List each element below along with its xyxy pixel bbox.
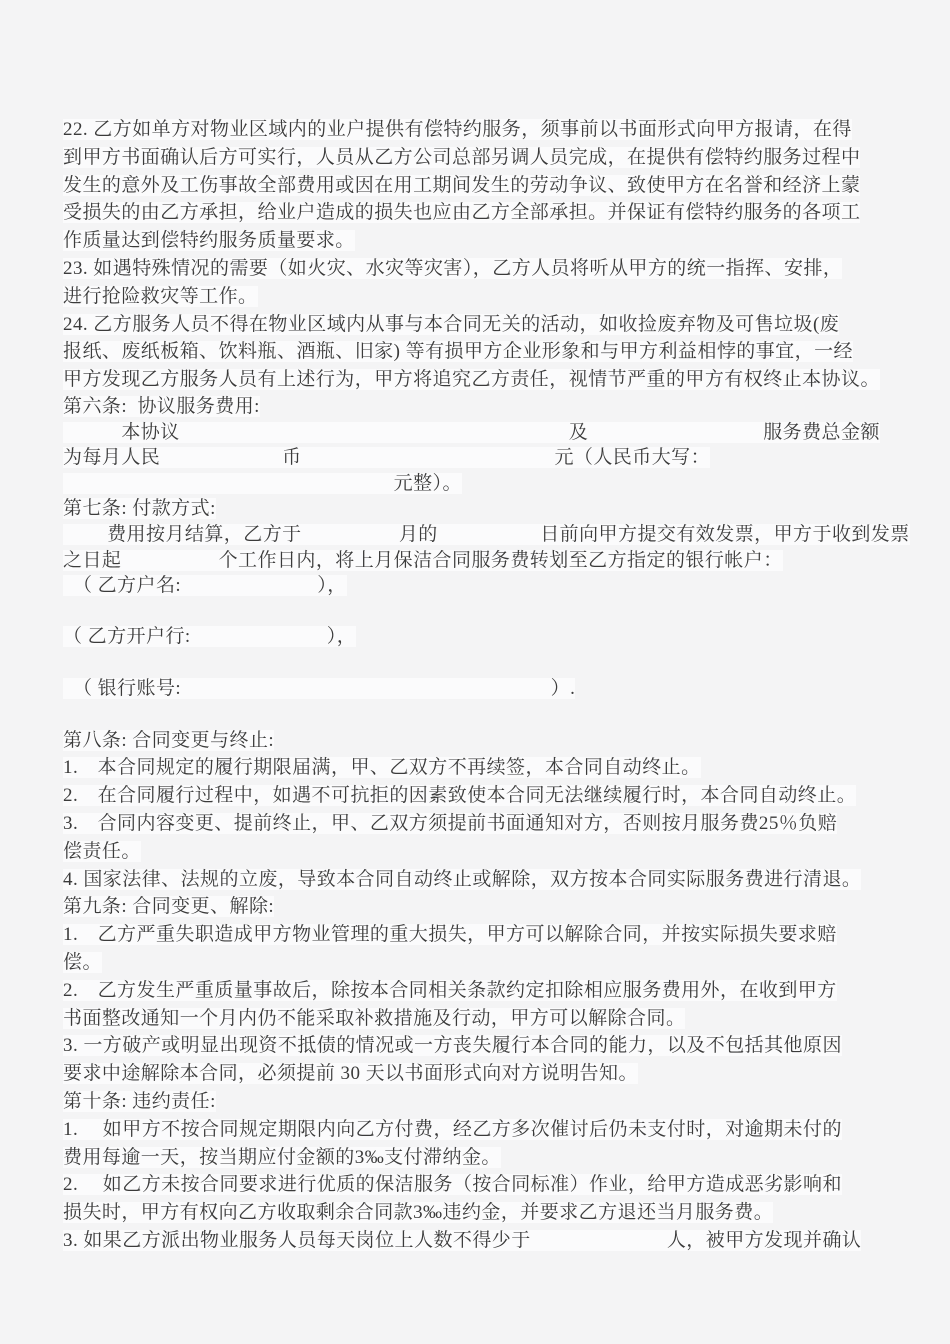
line-text: 2. 在合同履行过程中，如遇不可抗拒的因素致使本合同无法继续履行时，本合同自动终… xyxy=(63,785,856,806)
line-text: 1. 乙方严重失职造成甲方物业管理的重大损失，甲方可以解除合同，并按实际损失要求… xyxy=(63,924,837,945)
line-text: 甲方发现乙方服务人员有上述行为，甲方将追究乙方责任，视情节严重的甲方有权终止本协… xyxy=(63,369,880,390)
line-text: 为每月人民 币 元（人民币大写： xyxy=(63,447,710,468)
line-text: 发生的意外及工伤事故全部费用或因在用工期间发生的劳动争议、致使甲方在名誉和经济上… xyxy=(63,175,860,196)
text-line: 发生的意外及工伤事故全部费用或因在用工期间发生的劳动争议、致使甲方在名誉和经济上… xyxy=(63,172,914,200)
text-line: 报纸、废纸板箱、饮料瓶、酒瓶、旧家) 等有损甲方企业形象和与甲方利益相悖的事宜，… xyxy=(63,338,914,366)
text-line: （ 乙方户名: ）， xyxy=(63,573,914,599)
text-line: 2. 如乙方未按合同要求进行优质的保洁服务（按合同标准）作业，给甲方造成恶劣影响… xyxy=(63,1171,914,1199)
text-line: 23. 如遇特殊情况的需要（如火灾、水灾等灾害），乙方人员将听从甲方的统一指挥、… xyxy=(63,255,914,283)
line-text: 报纸、废纸板箱、饮料瓶、酒瓶、旧家) 等有损甲方企业形象和与甲方利益相悖的事宜，… xyxy=(63,341,853,362)
text-line: 1. 乙方严重失职造成甲方物业管理的重大损失，甲方可以解除合同，并按实际损失要求… xyxy=(63,921,914,949)
line-text: 作质量达到偿特约服务质量要求。 xyxy=(63,230,355,251)
text-line: 到甲方书面确认后方可实行，人员从乙方公司总部另调人员完成，在提供有偿特约服务过程… xyxy=(63,144,914,172)
line-text: 受损失的由乙方承担，给业户造成的损失也应由乙方全部承担。并保证有偿特约服务的各项… xyxy=(63,202,860,223)
blank-line xyxy=(63,599,914,625)
line-text: 损失时，甲方有权向乙方收取剩余合同款3‰违约金，并要求乙方退还当月服务费。 xyxy=(63,1202,773,1223)
line-text: 3. 合同内容变更、提前终止，甲、乙双方须提前书面通知对方，否则按月服务费25％… xyxy=(63,813,837,834)
line-text: 第八条: 合同变更与终止: xyxy=(63,730,274,751)
text-line: （ 银行账号: ）. xyxy=(63,676,914,702)
line-text: 费用按月结算，乙方于 月的 日前向甲方提交有效发票，甲方于收到发票 xyxy=(63,524,910,545)
text-line: 偿责任。 xyxy=(63,838,914,866)
text-line: 2. 乙方发生严重质量事故后，除按本合同相关条款约定扣除相应服务费用外，在收到甲… xyxy=(63,977,914,1005)
line-text: （ 乙方开户行: ）， xyxy=(63,626,356,647)
text-line: 2. 在合同履行过程中，如遇不可抗拒的因素致使本合同无法继续履行时，本合同自动终… xyxy=(63,782,914,810)
line-text: 元整）。 xyxy=(63,473,462,494)
line-text: 第六条: 协议服务费用: xyxy=(63,396,260,417)
document-body: 22. 乙方如单方对物业区域内的业户提供有偿特约服务，须事前以书面形式向甲方报请… xyxy=(63,116,914,1255)
line-text: 偿。 xyxy=(63,952,102,973)
text-line: 第十条: 违约责任: xyxy=(63,1088,914,1116)
text-line: 3. 一方破产或明显出现资不抵债的情况或一方丧失履行本合同的能力，以及不包括其他… xyxy=(63,1032,914,1060)
text-line: 甲方发现乙方服务人员有上述行为，甲方将追究乙方责任，视情节严重的甲方有权终止本协… xyxy=(63,366,914,394)
text-line: 3. 合同内容变更、提前终止，甲、乙双方须提前书面通知对方，否则按月服务费25％… xyxy=(63,810,914,838)
line-text: 3. 如果乙方派出物业服务人员每天岗位上人数不得少于 人，被甲方发现并确认 xyxy=(63,1230,861,1251)
contract-page: 22. 乙方如单方对物业区域内的业户提供有偿特约服务，须事前以书面形式向甲方报请… xyxy=(0,0,950,1344)
line-text: 22. 乙方如单方对物业区域内的业户提供有偿特约服务，须事前以书面形式向甲方报请… xyxy=(63,119,852,140)
line-text: 1. 本合同规定的履行期限届满，甲、乙双方不再续签，本合同自动终止。 xyxy=(63,757,701,778)
line-text: 2. 如乙方未按合同要求进行优质的保洁服务（按合同标准）作业，给甲方造成恶劣影响… xyxy=(63,1174,842,1195)
text-line: 4. 国家法律、法规的立废，导致本合同自动终止或解除，双方按本合同实际服务费进行… xyxy=(63,866,914,894)
text-line: 第六条: 协议服务费用: xyxy=(63,394,914,420)
text-line: 受损失的由乙方承担，给业户造成的损失也应由乙方全部承担。并保证有偿特约服务的各项… xyxy=(63,199,914,227)
text-line: 损失时，甲方有权向乙方收取剩余合同款3‰违约金，并要求乙方退还当月服务费。 xyxy=(63,1199,914,1227)
line-text: 23. 如遇特殊情况的需要（如火灾、水灾等灾害），乙方人员将听从甲方的统一指挥、… xyxy=(63,258,842,279)
text-line: 本协议 及 服务费总金额 xyxy=(63,420,914,446)
line-text: 3. 一方破产或明显出现资不抵债的情况或一方丧失履行本合同的能力，以及不包括其他… xyxy=(63,1035,842,1056)
blank-line xyxy=(63,701,914,727)
text-line: 费用按月结算，乙方于 月的 日前向甲方提交有效发票，甲方于收到发票 xyxy=(63,522,914,548)
text-line: 24. 乙方服务人员不得在物业区域内从事与本合同无关的活动，如收捡废弃物及可售垃… xyxy=(63,311,914,339)
line-text: 本协议 及 服务费总金额 xyxy=(63,422,880,443)
line-text: 到甲方书面确认后方可实行，人员从乙方公司总部另调人员完成，在提供有偿特约服务过程… xyxy=(63,147,860,168)
text-line: 书面整改通知一个月内仍不能采取补救措施及行动，甲方可以解除合同。 xyxy=(63,1005,914,1033)
text-line: 3. 如果乙方派出物业服务人员每天岗位上人数不得少于 人，被甲方发现并确认 xyxy=(63,1227,914,1255)
text-line: （ 乙方开户行: ）， xyxy=(63,624,914,650)
line-text: 进行抢险救灾等工作。 xyxy=(63,286,258,307)
text-line: 元整）。 xyxy=(63,471,914,497)
line-text: 要求中途解除本合同，必须提前 30 天以书面形式向对方说明告知。 xyxy=(63,1063,638,1084)
line-text: 第十条: 违约责任: xyxy=(63,1091,216,1112)
line-text: 2. 乙方发生严重质量事故后，除按本合同相关条款约定扣除相应服务费用外，在收到甲… xyxy=(63,980,837,1001)
text-line: 进行抢险救灾等工作。 xyxy=(63,283,914,311)
text-line: 作质量达到偿特约服务质量要求。 xyxy=(63,227,914,255)
line-text: 书面整改通知一个月内仍不能采取补救措施及行动，甲方可以解除合同。 xyxy=(63,1008,685,1029)
line-text: 第九条: 合同变更、解除: xyxy=(63,896,274,917)
text-line: 第七条: 付款方式: xyxy=(63,496,914,522)
text-line: 偿。 xyxy=(63,949,914,977)
line-text: 之日起 个工作日内，将上月保洁合同服务费转划至乙方指定的银行帐户： xyxy=(63,550,783,571)
text-line: 第九条: 合同变更、解除: xyxy=(63,893,914,921)
line-text: （ 乙方户名: ）， xyxy=(63,575,347,596)
blank-line xyxy=(63,650,914,676)
line-text: （ 银行账号: ）. xyxy=(63,678,575,699)
text-line: 1. 如甲方不按合同规定期限内向乙方付费，经乙方多次催讨后仍未支付时，对逾期未付… xyxy=(63,1116,914,1144)
text-line: 要求中途解除本合同，必须提前 30 天以书面形式向对方说明告知。 xyxy=(63,1060,914,1088)
text-line: 1. 本合同规定的履行期限届满，甲、乙双方不再续签，本合同自动终止。 xyxy=(63,754,914,782)
text-line: 之日起 个工作日内，将上月保洁合同服务费转划至乙方指定的银行帐户： xyxy=(63,548,914,574)
line-text: 1. 如甲方不按合同规定期限内向乙方付费，经乙方多次催讨后仍未支付时，对逾期未付… xyxy=(63,1119,842,1140)
text-line: 费用每逾一天，按当期应付金额的3‰支付滞纳金。 xyxy=(63,1144,914,1172)
line-text: 24. 乙方服务人员不得在物业区域内从事与本合同无关的活动，如收捡废弃物及可售垃… xyxy=(63,314,839,335)
text-line: 为每月人民 币 元（人民币大写： xyxy=(63,445,914,471)
line-text: 偿责任。 xyxy=(63,841,141,862)
line-text: 4. 国家法律、法规的立废，导致本合同自动终止或解除，双方按本合同实际服务费进行… xyxy=(63,869,861,890)
line-text: 第七条: 付款方式: xyxy=(63,498,216,519)
line-text: 费用每逾一天，按当期应付金额的3‰支付滞纳金。 xyxy=(63,1147,501,1168)
text-line: 22. 乙方如单方对物业区域内的业户提供有偿特约服务，须事前以书面形式向甲方报请… xyxy=(63,116,914,144)
text-line: 第八条: 合同变更与终止: xyxy=(63,727,914,755)
